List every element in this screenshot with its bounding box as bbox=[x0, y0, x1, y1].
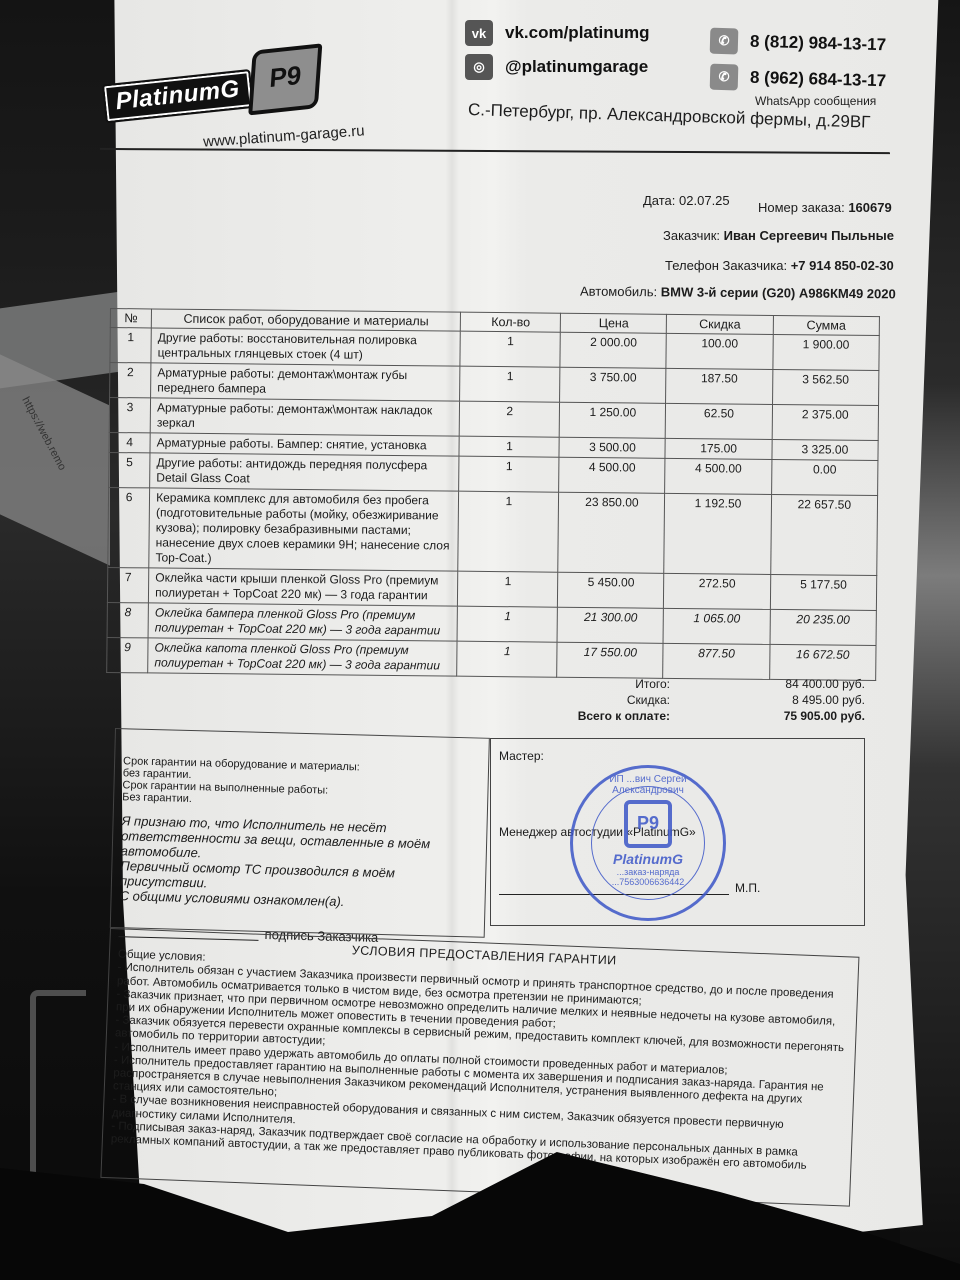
subtotal-value: 84 400.00 руб. bbox=[785, 676, 865, 692]
row-sum: 5 177.50 bbox=[770, 574, 877, 610]
contact-instagram: ◎ @platinumgarage bbox=[465, 54, 648, 80]
row-discount: 187.50 bbox=[666, 368, 773, 404]
totals-block: Итого: 84 400.00 руб. Скидка: 8 495.00 р… bbox=[560, 676, 865, 724]
row-discount: 1 065.00 bbox=[663, 608, 770, 644]
whatsapp-icon: ✆ bbox=[710, 64, 739, 91]
row-description: Другие работы: восстановительная полиров… bbox=[151, 328, 461, 366]
row-price: 2 000.00 bbox=[560, 332, 666, 368]
order-car: Автомобиль: BMW 3-й серии (G20) А986КМ49… bbox=[580, 284, 896, 302]
stamp-inner: P9 PlatinumG ...заказ-наряда ...75630066… bbox=[591, 786, 705, 900]
acknowledgement: Я признаю то, что Исполнитель не несёт о… bbox=[119, 813, 478, 912]
stamp-number: ...7563006636442 bbox=[612, 877, 685, 887]
stamp-ring-text: ИП ...вич Сергей Александрович bbox=[573, 774, 723, 796]
col-qty: Кол-во bbox=[461, 312, 561, 332]
row-price: 5 450.00 bbox=[558, 572, 664, 608]
warranty-box: Срок гарантии на оборудование и материал… bbox=[110, 728, 490, 938]
row-description: Арматурные работы: демонтаж\монтаж губы … bbox=[151, 363, 461, 401]
row-qty: 1 bbox=[457, 606, 558, 642]
discount-row: Скидка: 8 495.00 руб. bbox=[560, 692, 865, 708]
works-table: № Список работ, оборудование и материалы… bbox=[106, 308, 880, 681]
car-label: Автомобиль: bbox=[580, 284, 657, 300]
row-sum: 3 325.00 bbox=[772, 439, 878, 460]
order-date: Дата: 02.07.25 bbox=[643, 193, 730, 208]
row-description: Оклейка капота пленкой Gloss Pro (премиу… bbox=[148, 638, 458, 676]
order-phone: Телефон Заказчика: +7 914 850-02-30 bbox=[665, 258, 894, 273]
logo-badge: P9 bbox=[248, 43, 322, 115]
customer-label: Заказчик: bbox=[663, 228, 720, 243]
warranty-terms: УСЛОВИЯ ПРЕДОСТАВЛЕНИЯ ГАРАНТИИ Общие ус… bbox=[100, 928, 859, 1207]
car-value: BMW 3-й серии (G20) А986КМ49 2020 bbox=[661, 284, 896, 301]
row-discount: 4 500.00 bbox=[665, 458, 772, 494]
discount-label: Скидка: bbox=[560, 692, 670, 708]
row-discount: 175.00 bbox=[665, 438, 772, 459]
row-qty: 1 bbox=[457, 641, 558, 677]
col-sum: Сумма bbox=[773, 315, 879, 335]
row-qty: 2 bbox=[459, 401, 560, 437]
row-qty: 1 bbox=[460, 366, 561, 402]
contact-phone2: ✆ 8 (962) 684-13-17 bbox=[710, 64, 887, 95]
row-number: 9 bbox=[107, 637, 148, 672]
stamp-sub: ...заказ-наряда bbox=[617, 867, 680, 877]
row-qty: 1 bbox=[458, 491, 559, 572]
terms-list: - Исполнитель обязан с участием Заказчик… bbox=[111, 962, 850, 1175]
logo-text: PlatinumG bbox=[102, 69, 254, 123]
row-description: Оклейка части крыши пленкой Gloss Pro (п… bbox=[149, 568, 459, 606]
vk-icon: vk bbox=[465, 20, 493, 46]
col-discount: Скидка bbox=[667, 314, 774, 334]
row-qty: 1 bbox=[460, 331, 561, 367]
row-discount: 100.00 bbox=[666, 333, 773, 369]
col-price: Цена bbox=[561, 313, 667, 333]
date-label: Дата: bbox=[643, 193, 675, 208]
row-description: Керамика комплекс для автомобиля без про… bbox=[149, 488, 459, 571]
row-sum: 2 375.00 bbox=[772, 404, 879, 440]
row-discount: 877.50 bbox=[663, 643, 770, 679]
master-label: Мастер: bbox=[499, 749, 856, 763]
subtotal-row: Итого: 84 400.00 руб. bbox=[560, 676, 865, 692]
date-value: 02.07.25 bbox=[679, 193, 730, 208]
table-row: 6Керамика комплекс для автомобиля без пр… bbox=[108, 487, 878, 575]
order-number-label: Номер заказа: bbox=[758, 200, 845, 215]
row-discount: 1 192.50 bbox=[664, 493, 771, 574]
col-number: № bbox=[110, 309, 151, 328]
instagram-handle: @platinumgarage bbox=[505, 57, 648, 77]
instagram-icon: ◎ bbox=[465, 54, 493, 80]
row-price: 4 500.00 bbox=[559, 457, 665, 493]
row-number: 2 bbox=[110, 363, 151, 398]
row-number: 7 bbox=[107, 567, 148, 602]
order-number-value: 160679 bbox=[848, 200, 891, 215]
table-row: 9Оклейка капота пленкой Gloss Pro (преми… bbox=[107, 637, 876, 680]
row-qty: 1 bbox=[458, 571, 559, 607]
row-sum: 20 235.00 bbox=[770, 609, 877, 645]
stamp-logo-icon: P9 bbox=[624, 800, 672, 848]
row-description: Оклейка бампера пленкой Gloss Pro (преми… bbox=[148, 603, 458, 641]
row-qty: 1 bbox=[459, 456, 560, 492]
row-sum: 3 562.50 bbox=[772, 369, 879, 405]
order-customer: Заказчик: Иван Сергеевич Пыльные bbox=[663, 228, 894, 243]
row-discount: 62.50 bbox=[666, 403, 773, 439]
phone-icon: ✆ bbox=[710, 28, 739, 55]
row-sum: 22 657.50 bbox=[771, 494, 878, 575]
row-sum: 1 900.00 bbox=[773, 334, 880, 370]
total-value: 75 905.00 руб. bbox=[784, 708, 865, 724]
row-discount: 272.50 bbox=[664, 573, 771, 609]
row-number: 5 bbox=[109, 452, 150, 487]
row-price: 17 550.00 bbox=[557, 642, 663, 678]
whatsapp-note: WhatsApp сообщения bbox=[755, 94, 876, 108]
total-row: Всего к оплате: 75 905.00 руб. bbox=[560, 708, 865, 724]
phone1-number: 8 (812) 984-13-17 bbox=[750, 32, 887, 56]
contact-vk: vk vk.com/platinumg bbox=[465, 20, 650, 46]
vk-link: vk.com/platinumg bbox=[505, 23, 650, 43]
phone-label: Телефон Заказчика: bbox=[665, 258, 787, 273]
stamp-brand: PlatinumG bbox=[613, 851, 683, 867]
row-number: 1 bbox=[110, 328, 151, 363]
row-number: 4 bbox=[109, 432, 150, 452]
order-number: Номер заказа: 160679 bbox=[758, 200, 892, 215]
row-number: 3 bbox=[109, 398, 150, 433]
row-number: 8 bbox=[107, 602, 148, 637]
row-qty: 1 bbox=[459, 436, 559, 457]
phone2-number: 8 (962) 684-13-17 bbox=[750, 68, 887, 92]
row-price: 3 500.00 bbox=[559, 437, 665, 458]
row-price: 1 250.00 bbox=[560, 402, 666, 438]
row-description: Другие работы: антидождь передняя полусф… bbox=[150, 453, 460, 491]
row-sum: 0.00 bbox=[771, 459, 878, 495]
seal-label: М.П. bbox=[735, 881, 760, 895]
customer-value: Иван Сергеевич Пыльные bbox=[724, 228, 894, 243]
total-label: Всего к оплате: bbox=[560, 708, 670, 724]
row-description: Арматурные работы: демонтаж\монтаж накла… bbox=[150, 398, 460, 436]
discount-value: 8 495.00 руб. bbox=[792, 692, 865, 708]
company-stamp: ИП ...вич Сергей Александрович P9 Platin… bbox=[570, 765, 726, 921]
subtotal-label: Итого: bbox=[560, 676, 670, 692]
phone-value: +7 914 850-02-30 bbox=[791, 258, 894, 273]
row-price: 23 850.00 bbox=[558, 492, 665, 573]
row-number: 6 bbox=[108, 487, 150, 567]
row-price: 21 300.00 bbox=[557, 607, 663, 643]
contact-phone1: ✆ 8 (812) 984-13-17 bbox=[710, 28, 887, 59]
row-price: 3 750.00 bbox=[560, 367, 666, 403]
